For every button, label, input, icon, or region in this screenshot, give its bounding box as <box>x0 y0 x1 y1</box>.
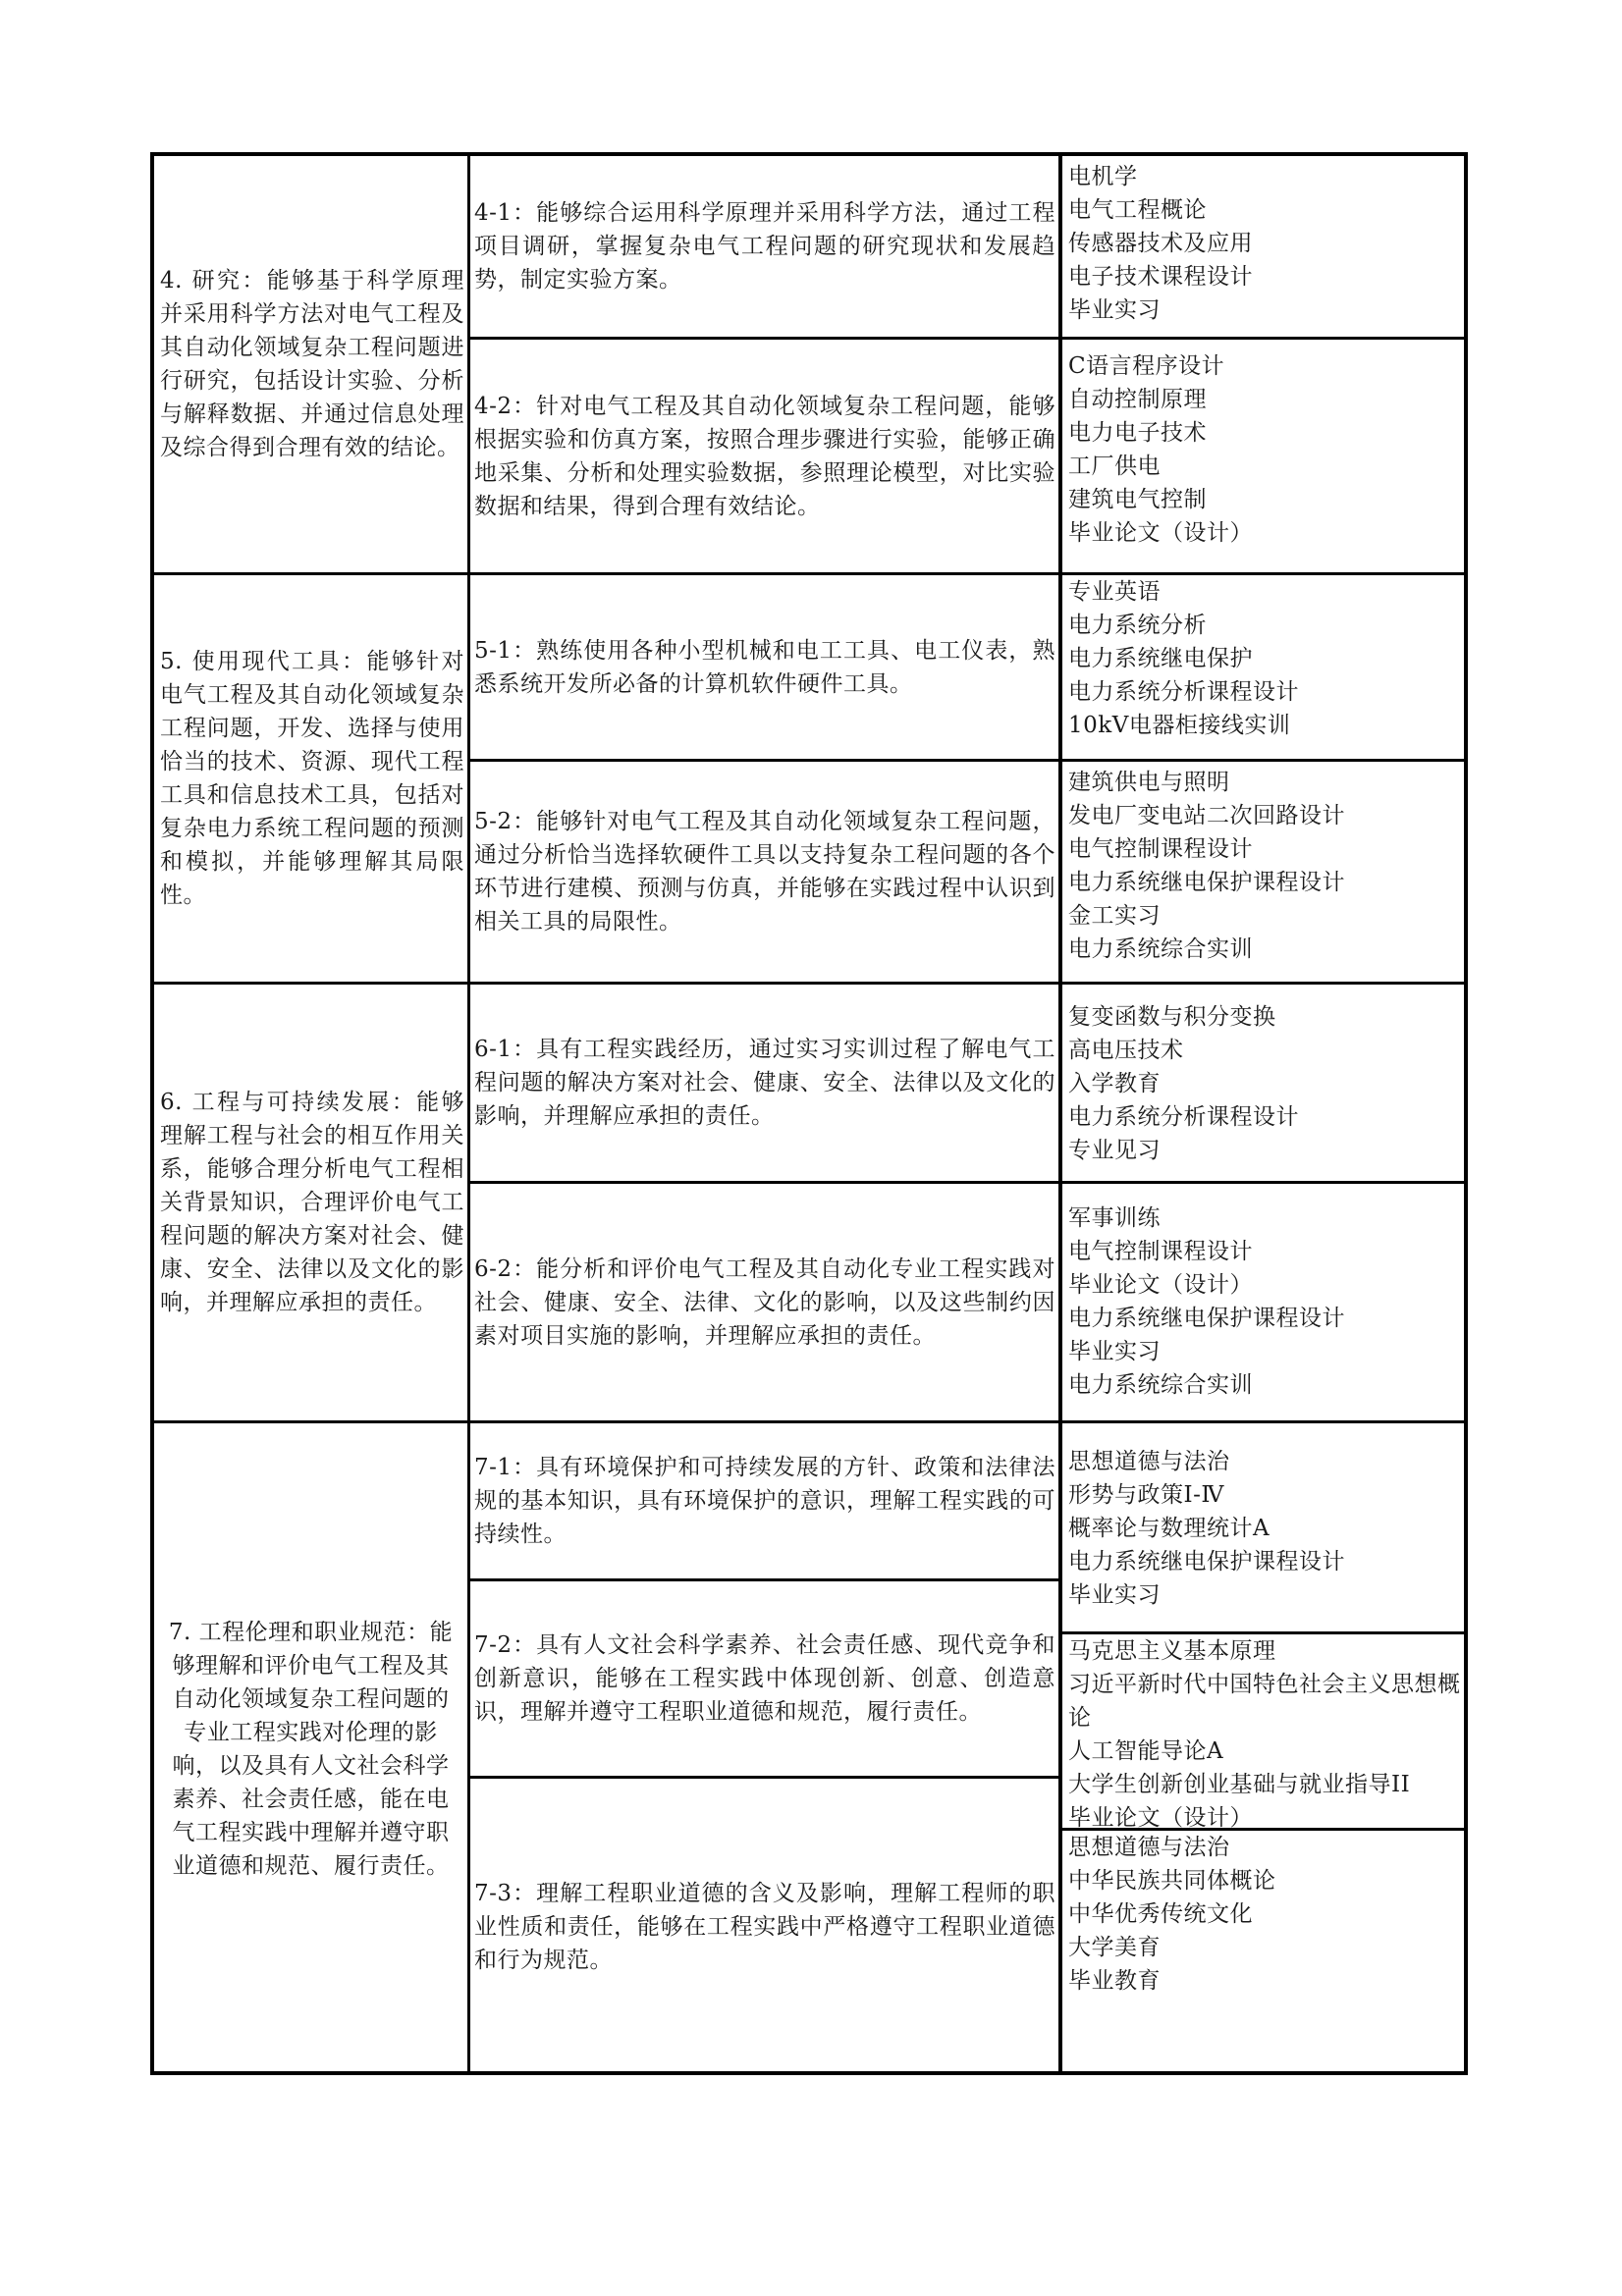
requirement-cell-6: 6. 工程与可持续发展：能够理解工程与社会的相互作用关系，能够合理分析电气工程相… <box>154 985 470 1420</box>
course-list: 复变函数与积分变换 高电压技术 入学教育 电力系统分析课程设计 专业见习 <box>1068 1000 1299 1167</box>
course-item: 概率论与数理统计A <box>1068 1512 1345 1545</box>
indicator-text: 5-1：熟练使用各种小型机械和电工工具、电工仪表，熟悉系统开发所必备的计算机软件… <box>474 634 1055 701</box>
course-item: 电子技术课程设计 <box>1068 260 1253 294</box>
courses-cell-7-2: 马克思主义基本原理 习近平新时代中国特色社会主义思想概论 人工智能导论A 大学生… <box>1062 1634 1468 1828</box>
requirement-cell-4: 4. 研究：能够基于科学原理并采用科学方法对电气工程及其自动化领域复杂工程问题进… <box>154 156 470 572</box>
indicator-cell-7-3: 7-3：理解工程职业道德的含义及影响，理解工程师的职业性质和责任，能够在工程实践… <box>470 1779 1062 2075</box>
course-item: 电气控制课程设计 <box>1068 832 1345 866</box>
course-item: 电力系统综合实训 <box>1068 1368 1345 1402</box>
graduation-requirements-table: 4. 研究：能够基于科学原理并采用科学方法对电气工程及其自动化领域复杂工程问题进… <box>150 152 1468 2075</box>
course-item: 专业见习 <box>1068 1134 1299 1167</box>
indicator-text: 7-1：具有环境保护和可持续发展的方针、政策和法律法规的基本知识，具有环境保护的… <box>474 1451 1055 1551</box>
course-list: C语言程序设计 自动控制原理 电力电子技术 工厂供电 建筑电气控制 毕业论文（设… <box>1068 349 1253 550</box>
course-item: 人工智能导论A <box>1068 1735 1464 1768</box>
course-item: 毕业论文（设计） <box>1068 1268 1345 1302</box>
course-item: 毕业论文（设计） <box>1068 1801 1464 1828</box>
course-item: 电力系统分析课程设计 <box>1068 1100 1299 1134</box>
course-list: 思想道德与法治 形势与政策Ⅰ-Ⅳ 概率论与数理统计A 电力系统继电保护课程设计 … <box>1068 1445 1345 1612</box>
course-item: 电力系统分析课程设计 <box>1068 675 1299 709</box>
requirement-text: 7. 工程伦理和职业规范：能够理解和评价电气工程及其自动化领域复杂工程问题的专业… <box>162 1616 460 1883</box>
courses-cell-4-2: C语言程序设计 自动控制原理 电力电子技术 工厂供电 建筑电气控制 毕业论文（设… <box>1062 340 1468 572</box>
course-item: 中华优秀传统文化 <box>1068 1897 1276 1931</box>
course-item: 金工实习 <box>1068 899 1345 933</box>
course-item: 形势与政策Ⅰ-Ⅳ <box>1068 1478 1345 1512</box>
courses-cell-6-1: 复变函数与积分变换 高电压技术 入学教育 电力系统分析课程设计 专业见习 <box>1062 985 1468 1181</box>
course-item: 传感器技术及应用 <box>1068 227 1253 260</box>
course-item: 高电压技术 <box>1068 1034 1299 1067</box>
course-item: 电力系统继电保护课程设计 <box>1068 1545 1345 1578</box>
course-item: 建筑电气控制 <box>1068 483 1253 516</box>
courses-cell-7-1: 思想道德与法治 形势与政策Ⅰ-Ⅳ 概率论与数理统计A 电力系统继电保护课程设计 … <box>1062 1423 1468 1631</box>
courses-cell-5-2: 建筑供电与照明 发电厂变电站二次回路设计 电气控制课程设计 电力系统继电保护课程… <box>1062 762 1468 982</box>
course-item: 发电厂变电站二次回路设计 <box>1068 799 1345 832</box>
course-item: 思想道德与法治 <box>1068 1445 1345 1478</box>
requirement-text: 5. 使用现代工具：能够针对电气工程及其自动化领域复杂工程问题，开发、选择与使用… <box>160 645 464 912</box>
course-item: 毕业论文（设计） <box>1068 516 1253 550</box>
course-item: 马克思主义基本原理 <box>1068 1634 1464 1668</box>
indicator-cell-4-1: 4-1：能够综合运用科学原理并采用科学方法，通过工程项目调研，掌握复杂电气工程问… <box>470 156 1062 337</box>
course-item: 10kV电器柜接线实训 <box>1068 709 1299 742</box>
indicator-cell-5-1: 5-1：熟练使用各种小型机械和电工工具、电工仪表，熟悉系统开发所必备的计算机软件… <box>470 575 1062 759</box>
course-list: 思想道德与法治 中华民族共同体概论 中华优秀传统文化 大学美育 毕业教育 <box>1068 1831 1276 1998</box>
course-item: 电气控制课程设计 <box>1068 1235 1345 1268</box>
indicator-text: 4-2：针对电气工程及其自动化领域复杂工程问题，能够根据实验和仿真方案，按照合理… <box>474 390 1055 523</box>
course-item: 大学美育 <box>1068 1931 1276 1964</box>
indicator-text: 7-3：理解工程职业道德的含义及影响，理解工程师的职业性质和责任，能够在工程实践… <box>474 1877 1055 1977</box>
course-item: 专业英语 <box>1068 575 1299 609</box>
indicator-text: 4-1：能够综合运用科学原理并采用科学方法，通过工程项目调研，掌握复杂电气工程问… <box>474 196 1055 296</box>
course-item: 毕业教育 <box>1068 1964 1276 1998</box>
indicator-cell-7-1: 7-1：具有环境保护和可持续发展的方针、政策和法律法规的基本知识，具有环境保护的… <box>470 1423 1062 1578</box>
course-item: 毕业实习 <box>1068 1335 1345 1368</box>
course-item: 工厂供电 <box>1068 450 1253 483</box>
courses-cell-7-3: 思想道德与法治 中华民族共同体概论 中华优秀传统文化 大学美育 毕业教育 <box>1062 1831 1468 2075</box>
course-item: 电力系统综合实训 <box>1068 933 1345 966</box>
courses-cell-5-1: 专业英语 电力系统分析 电力系统继电保护 电力系统分析课程设计 10kV电器柜接… <box>1062 575 1468 759</box>
course-list: 专业英语 电力系统分析 电力系统继电保护 电力系统分析课程设计 10kV电器柜接… <box>1068 575 1299 742</box>
indicator-cell-7-2: 7-2：具有人文社会科学素养、社会责任感、现代竞争和创新意识，能够在工程实践中体… <box>470 1581 1062 1776</box>
course-list: 电机学 电气工程概论 传感器技术及应用 电子技术课程设计 毕业实习 <box>1068 160 1253 327</box>
course-list: 建筑供电与照明 发电厂变电站二次回路设计 电气控制课程设计 电力系统继电保护课程… <box>1068 766 1345 966</box>
indicator-cell-5-2: 5-2：能够针对电气工程及其自动化领域复杂工程问题，通过分析恰当选择软硬件工具以… <box>470 762 1062 982</box>
course-item: 复变函数与积分变换 <box>1068 1000 1299 1034</box>
course-item: 中华民族共同体概论 <box>1068 1864 1276 1897</box>
indicator-cell-4-2: 4-2：针对电气工程及其自动化领域复杂工程问题，能够根据实验和仿真方案，按照合理… <box>470 340 1062 572</box>
course-item: 电气工程概论 <box>1068 193 1253 227</box>
requirement-text: 4. 研究：能够基于科学原理并采用科学方法对电气工程及其自动化领域复杂工程问题进… <box>160 264 464 464</box>
course-item: 电力系统继电保护课程设计 <box>1068 866 1345 899</box>
course-item: 习近平新时代中国特色社会主义思想概论 <box>1068 1668 1464 1735</box>
course-item: 电力电子技术 <box>1068 416 1253 450</box>
course-item: 建筑供电与照明 <box>1068 766 1345 799</box>
courses-cell-4-1: 电机学 电气工程概论 传感器技术及应用 电子技术课程设计 毕业实习 <box>1062 156 1468 337</box>
course-item: 军事训练 <box>1068 1201 1345 1235</box>
requirement-cell-7: 7. 工程伦理和职业规范：能够理解和评价电气工程及其自动化领域复杂工程问题的专业… <box>154 1423 470 2075</box>
course-item: 入学教育 <box>1068 1067 1299 1100</box>
indicator-text: 7-2：具有人文社会科学素养、社会责任感、现代竞争和创新意识，能够在工程实践中体… <box>474 1629 1055 1729</box>
course-item: 电力系统分析 <box>1068 609 1299 642</box>
course-item: C语言程序设计 <box>1068 349 1253 383</box>
course-item: 电机学 <box>1068 160 1253 193</box>
indicator-text: 6-2：能分析和评价电气工程及其自动化专业工程实践对社会、健康、安全、法律、文化… <box>474 1253 1055 1353</box>
indicator-text: 5-2：能够针对电气工程及其自动化领域复杂工程问题，通过分析恰当选择软硬件工具以… <box>474 805 1055 938</box>
course-item: 电力系统继电保护 <box>1068 642 1299 675</box>
course-item: 思想道德与法治 <box>1068 1831 1276 1864</box>
requirement-text: 6. 工程与可持续发展：能够理解工程与社会的相互作用关系，能够合理分析电气工程相… <box>160 1086 464 1319</box>
course-item: 毕业实习 <box>1068 294 1253 327</box>
courses-cell-6-2: 军事训练 电气控制课程设计 毕业论文（设计） 电力系统继电保护课程设计 毕业实习… <box>1062 1184 1468 1420</box>
course-item: 自动控制原理 <box>1068 383 1253 416</box>
course-list: 军事训练 电气控制课程设计 毕业论文（设计） 电力系统继电保护课程设计 毕业实习… <box>1068 1201 1345 1402</box>
course-item: 毕业实习 <box>1068 1578 1345 1612</box>
requirement-cell-5: 5. 使用现代工具：能够针对电气工程及其自动化领域复杂工程问题，开发、选择与使用… <box>154 575 470 982</box>
course-item: 大学生创新创业基础与就业指导II <box>1068 1768 1464 1801</box>
indicator-cell-6-1: 6-1：具有工程实践经历，通过实习实训过程了解电气工程问题的解决方案对社会、健康… <box>470 985 1062 1181</box>
indicator-text: 6-1：具有工程实践经历，通过实习实训过程了解电气工程问题的解决方案对社会、健康… <box>474 1033 1055 1133</box>
course-item: 电力系统继电保护课程设计 <box>1068 1302 1345 1335</box>
indicator-cell-6-2: 6-2：能分析和评价电气工程及其自动化专业工程实践对社会、健康、安全、法律、文化… <box>470 1184 1062 1420</box>
course-list: 马克思主义基本原理 习近平新时代中国特色社会主义思想概论 人工智能导论A 大学生… <box>1068 1634 1464 1828</box>
